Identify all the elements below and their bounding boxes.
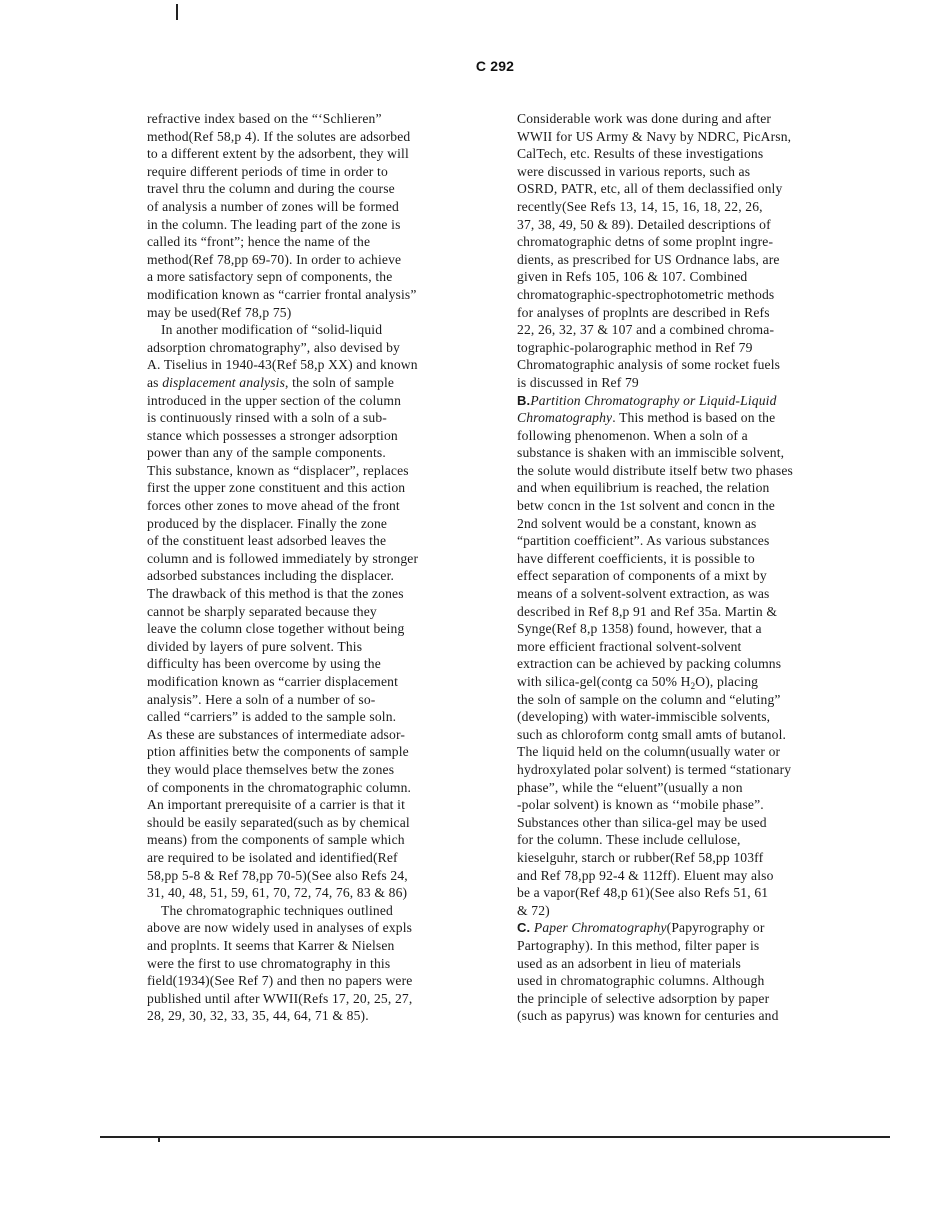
footer-rule xyxy=(100,1136,890,1138)
text-line: difficulty has been overcome by using th… xyxy=(147,655,482,673)
text-line: kieselguhr, starch or rubber(Ref 58,pp 1… xyxy=(517,849,857,867)
text-line: 58,pp 5-8 & Ref 78,pp 70-5)(See also Ref… xyxy=(147,867,482,885)
text-line: require different periods of time in ord… xyxy=(147,163,482,181)
text-line: they would place themselves betw the zon… xyxy=(147,761,482,779)
text-line: of the constituent least adsorbed leaves… xyxy=(147,532,482,550)
text-line: refractive index based on the “‘Schliere… xyxy=(147,110,482,128)
section-label: B. xyxy=(517,393,530,408)
text-line: and when equilibrium is reached, the rel… xyxy=(517,479,857,497)
text-line: means of a solvent-solvent extraction, a… xyxy=(517,585,857,603)
text-line: stance which possesses a stronger adsorp… xyxy=(147,427,482,445)
text-line: described in Ref 8,p 91 and Ref 35a. Mar… xyxy=(517,603,857,621)
text-line: as displacement analysis, the soln of sa… xyxy=(147,374,482,392)
section-title: Chromatography xyxy=(517,410,612,425)
text-line: a more satisfactory sepn of components, … xyxy=(147,268,482,286)
text-line: This substance, known as “displacer”, re… xyxy=(147,462,482,480)
text-line: substance is shaken with an immiscible s… xyxy=(517,444,857,462)
text-line: for the column. These include cellulose, xyxy=(517,831,857,849)
text-fragment: O), placing xyxy=(695,674,758,689)
text-line: chromatographic detns of some proplnt in… xyxy=(517,233,857,251)
text-line: WWII for US Army & Navy by NDRC, PicArsn… xyxy=(517,128,857,146)
text-line: Partography). In this method, filter pap… xyxy=(517,937,857,955)
text-line: effect separation of components of a mix… xyxy=(517,567,857,585)
text-line: first the upper zone constituent and thi… xyxy=(147,479,482,497)
text-line: The drawback of this method is that the … xyxy=(147,585,482,603)
text-line: adsorption chromatography”, also devised… xyxy=(147,339,482,357)
text-fragment: with silica-gel(contg ca 50% H xyxy=(517,674,691,689)
text-line: have different coefficients, it is possi… xyxy=(517,550,857,568)
text-line: & 72) xyxy=(517,902,857,920)
text-line: A. Tiselius in 1940-43(Ref 58,p XX) and … xyxy=(147,356,482,374)
text-line: 28, 29, 30, 32, 33, 35, 44, 64, 71 & 85)… xyxy=(147,1007,482,1025)
text-line: more efficient fractional solvent-solven… xyxy=(517,638,857,656)
text-line: with silica-gel(contg ca 50% H2O), placi… xyxy=(517,673,857,691)
text-line: given in Refs 105, 106 & 107. Combined xyxy=(517,268,857,286)
text-line: means) from the components of sample whi… xyxy=(147,831,482,849)
text-line: and proplnts. It seems that Karrer & Nie… xyxy=(147,937,482,955)
text-line: is continuously rinsed with a soln of a … xyxy=(147,409,482,427)
section-title: Paper Chromatography xyxy=(534,920,667,935)
text-line: column and is followed immediately by st… xyxy=(147,550,482,568)
text-line: forces other zones to move ahead of the … xyxy=(147,497,482,515)
text-line: were the first to use chromatography in … xyxy=(147,955,482,973)
text-line: chromatographic-spectrophotometric metho… xyxy=(517,286,857,304)
text-line: modification known as “carrier frontal a… xyxy=(147,286,482,304)
text-line: cannot be sharply separated because they xyxy=(147,603,482,621)
section-title: Partition Chromatography or Liquid-Liqui… xyxy=(530,393,776,408)
text-line: following phenomenon. When a soln of a xyxy=(517,427,857,445)
text-line: 37, 38, 49, 50 & 89). Detailed descripti… xyxy=(517,216,857,234)
text-line: may be used(Ref 78,p 75) xyxy=(147,304,482,322)
text-line: “partition coefficient”. As various subs… xyxy=(517,532,857,550)
text-line: tographic-polarographic method in Ref 79 xyxy=(517,339,857,357)
text-line: (such as papyrus) was known for centurie… xyxy=(517,1007,857,1025)
page-number: C 292 xyxy=(0,58,945,74)
text-line: is discussed in Ref 79 xyxy=(517,374,857,392)
text-line: method(Ref 58,p 4). If the solutes are a… xyxy=(147,128,482,146)
text-line: such as chloroform contg small amts of b… xyxy=(517,726,857,744)
text-fragment: , the soln of sample xyxy=(285,375,394,390)
text-line: betw concn in the 1st solvent and concn … xyxy=(517,497,857,515)
text-fragment: (Papyrography or xyxy=(667,920,765,935)
text-line: called “carriers” is added to the sample… xyxy=(147,708,482,726)
text-line: Considerable work was done during and af… xyxy=(517,110,857,128)
text-line: divided by layers of pure solvent. This xyxy=(147,638,482,656)
text-line: extraction can be achieved by packing co… xyxy=(517,655,857,673)
text-line: of components in the chromatographic col… xyxy=(147,779,482,797)
text-line: As these are substances of intermediate … xyxy=(147,726,482,744)
text-fragment: . This method is based on the xyxy=(612,410,775,425)
right-column: Considerable work was done during and af… xyxy=(517,110,857,1025)
text-line: the solute would distribute itself betw … xyxy=(517,462,857,480)
paragraph-start-line: In another modification of “solid-liquid xyxy=(147,321,482,339)
text-line: Chromatographic analysis of some rocket … xyxy=(517,356,857,374)
text-line: 31, 40, 48, 51, 59, 61, 70, 72, 74, 76, … xyxy=(147,884,482,902)
text-line: Substances other than silica-gel may be … xyxy=(517,814,857,832)
text-line: leave the column close together without … xyxy=(147,620,482,638)
text-line: produced by the displacer. Finally the z… xyxy=(147,515,482,533)
text-line: are required to be isolated and identifi… xyxy=(147,849,482,867)
text-line: The liquid held on the column(usually wa… xyxy=(517,743,857,761)
text-line: recently(See Refs 13, 14, 15, 16, 18, 22… xyxy=(517,198,857,216)
text-line: analysis”. Here a soln of a number of so… xyxy=(147,691,482,709)
text-line: power than any of the sample components. xyxy=(147,444,482,462)
text-line: (developing) with water-immiscible solve… xyxy=(517,708,857,726)
section-b-heading: B.Partition Chromatography or Liquid-Liq… xyxy=(517,392,857,410)
left-column: refractive index based on the “‘Schliere… xyxy=(147,110,482,1025)
paragraph-start-line: The chromatographic techniques outlined xyxy=(147,902,482,920)
text-line: dients, as prescribed for US Ordnance la… xyxy=(517,251,857,269)
text-line: used in chromatographic columns. Althoug… xyxy=(517,972,857,990)
text-line: phase”, while the “eluent”(usually a non xyxy=(517,779,857,797)
text-line: -polar solvent) is known as ‘‘mobile pha… xyxy=(517,796,857,814)
text-line: of analysis a number of zones will be fo… xyxy=(147,198,482,216)
text-fragment: as xyxy=(147,375,162,390)
text-line: hydroxylated polar solvent) is termed “s… xyxy=(517,761,857,779)
text-line: An important prerequisite of a carrier i… xyxy=(147,796,482,814)
text-line: called its “front”; hence the name of th… xyxy=(147,233,482,251)
text-line: Chromatography. This method is based on … xyxy=(517,409,857,427)
text-line: and Ref 78,pp 92-4 & 112ff). Eluent may … xyxy=(517,867,857,885)
text-line: were discussed in various reports, such … xyxy=(517,163,857,181)
text-line: introduced in the upper section of the c… xyxy=(147,392,482,410)
scan-mark xyxy=(176,4,178,20)
text-line: published until after WWII(Refs 17, 20, … xyxy=(147,990,482,1008)
text-line: should be easily separated(such as by ch… xyxy=(147,814,482,832)
footer-tick-mark xyxy=(158,1136,160,1142)
text-line: above are now widely used in analyses of… xyxy=(147,919,482,937)
text-line: 2nd solvent would be a constant, known a… xyxy=(517,515,857,533)
text-line: Synge(Ref 8,p 1358) found, however, that… xyxy=(517,620,857,638)
text-line: to a different extent by the adsorbent, … xyxy=(147,145,482,163)
text-line: in the column. The leading part of the z… xyxy=(147,216,482,234)
text-line: the principle of selective adsorption by… xyxy=(517,990,857,1008)
text-line: 22, 26, 32, 37 & 107 and a combined chro… xyxy=(517,321,857,339)
text-line: be a vapor(Ref 48,p 61)(See also Refs 51… xyxy=(517,884,857,902)
italic-term: displacement analysis xyxy=(162,375,285,390)
text-line: modification known as “carrier displacem… xyxy=(147,673,482,691)
text-line: field(1934)(See Ref 7) and then no paper… xyxy=(147,972,482,990)
text-line: the soln of sample on the column and “el… xyxy=(517,691,857,709)
text-line: used as an adsorbent in lieu of material… xyxy=(517,955,857,973)
text-line: travel thru the column and during the co… xyxy=(147,180,482,198)
text-line: CalTech, etc. Results of these investiga… xyxy=(517,145,857,163)
section-label: C. xyxy=(517,920,530,935)
text-line: ption affinities betw the components of … xyxy=(147,743,482,761)
section-c-heading: C. Paper Chromatography(Papyrography or xyxy=(517,919,857,937)
text-line: adsorbed substances including the displa… xyxy=(147,567,482,585)
text-line: OSRD, PATR, etc, all of them declassifie… xyxy=(517,180,857,198)
text-line: for analyses of proplnts are described i… xyxy=(517,304,857,322)
text-line: method(Ref 78,pp 69-70). In order to ach… xyxy=(147,251,482,269)
